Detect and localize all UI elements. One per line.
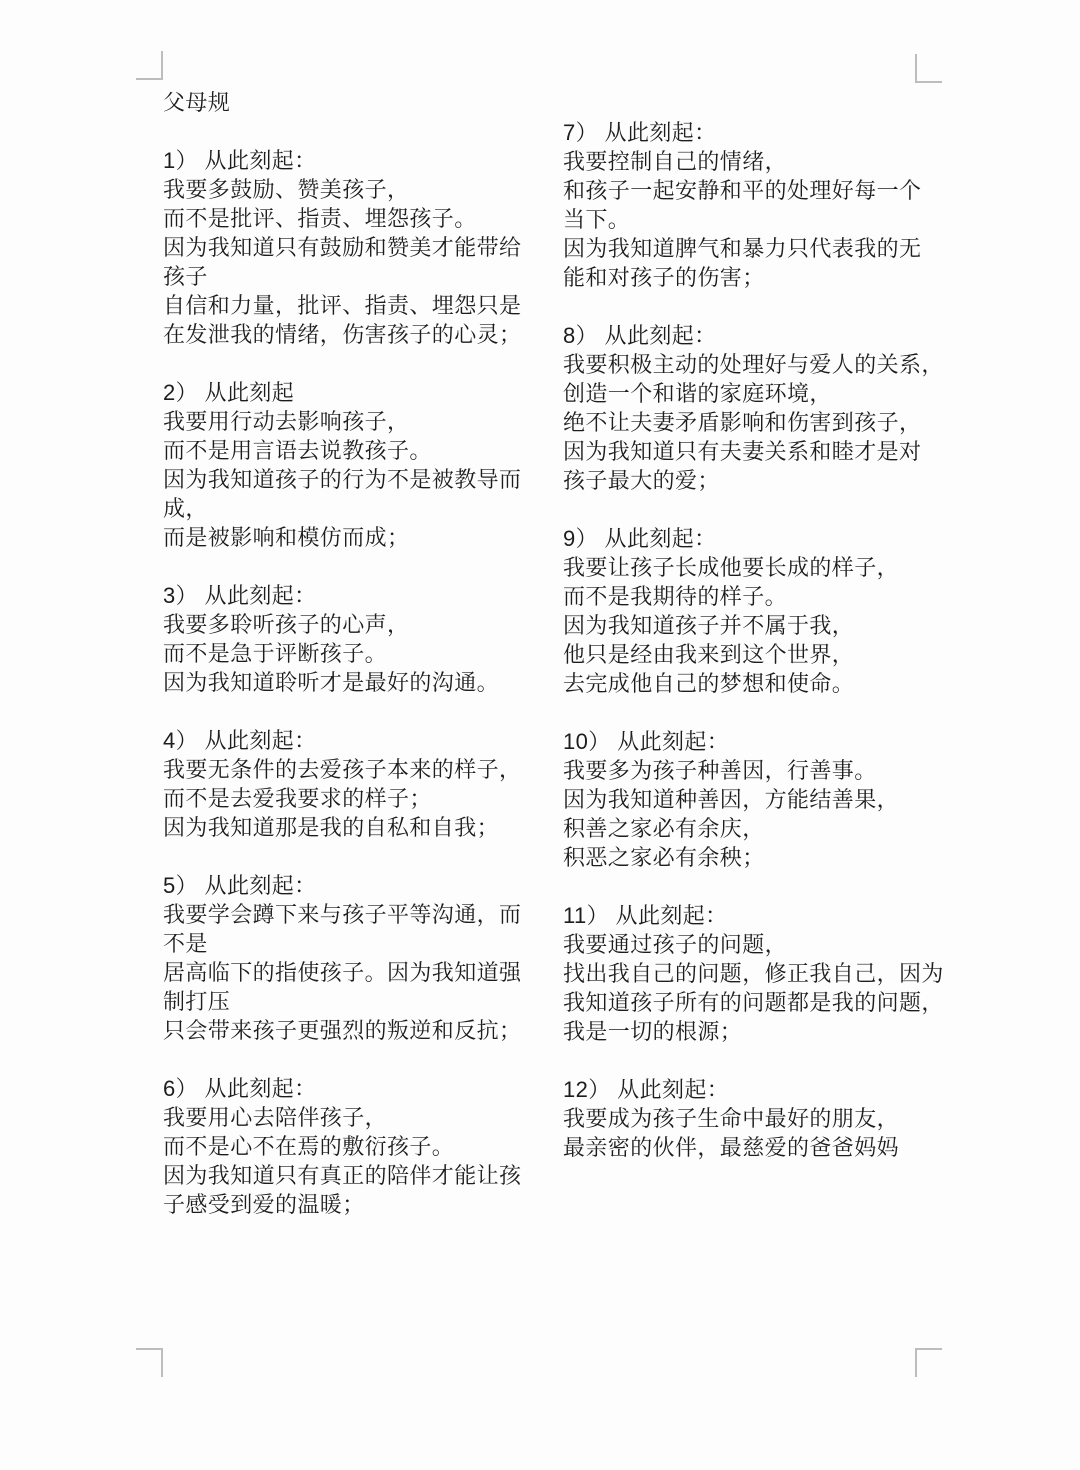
section-3-heading: 3） 从此刻起：: [163, 581, 555, 610]
section-5-line-4: 制打压: [163, 987, 555, 1016]
section-7-line-1: 我要控制自己的情绪，: [563, 147, 963, 176]
section-5: 5） 从此刻起：我要学会蹲下来与孩子平等沟通，而不是居高临下的指使孩子。因为我知…: [163, 871, 555, 1045]
section-2-line-4: 成，: [163, 494, 555, 523]
section-2-heading: 2） 从此刻起: [163, 378, 555, 407]
crop-mark-top-left: [136, 51, 163, 80]
section-1-line-5: 自信和力量，批评、指责、埋怨只是: [163, 291, 555, 320]
section-9-line-1: 我要让孩子长成他要长成的样子，: [563, 553, 963, 582]
section-8-line-3: 绝不让夫妻矛盾影响和伤害到孩子，: [563, 408, 963, 437]
section-11-line-4: 我是一切的根源；: [563, 1017, 963, 1046]
section-5-line-1: 我要学会蹲下来与孩子平等沟通，而: [163, 900, 555, 929]
section-1-line-4: 孩子: [163, 262, 555, 291]
section-10-line-4: 积恶之家必有余秧；: [563, 843, 963, 872]
section-6-line-1: 我要用心去陪伴孩子，: [163, 1103, 555, 1132]
section-4-line-1: 我要无条件的去爱孩子本来的样子，: [163, 755, 555, 784]
section-5-heading: 5） 从此刻起：: [163, 871, 555, 900]
section-5-line-5: 只会带来孩子更强烈的叛逆和反抗；: [163, 1016, 555, 1045]
section-12: 12） 从此刻起：我要成为孩子生命中最好的朋友，最亲密的伙伴，最慈爱的爸爸妈妈: [563, 1075, 963, 1162]
section-2-line-5: 而是被影响和模仿而成；: [163, 523, 555, 552]
section-3-line-1: 我要多聆听孩子的心声，: [163, 610, 555, 639]
section-1-line-2: 而不是批评、指责、埋怨孩子。: [163, 204, 555, 233]
section-7-line-4: 因为我知道脾气和暴力只代表我的无: [563, 234, 963, 263]
section-6-line-4: 子感受到爱的温暖；: [163, 1190, 555, 1219]
section-9: 9） 从此刻起：我要让孩子长成他要长成的样子，而不是我期待的样子。因为我知道孩子…: [563, 524, 963, 698]
section-11-line-3: 我知道孩子所有的问题都是我的问题，: [563, 988, 963, 1017]
right-column: 7） 从此刻起：我要控制自己的情绪，和孩子一起安静和平的处理好每一个当下。因为我…: [563, 118, 963, 1191]
section-1-line-6: 在发泄我的情绪，伤害孩子的心灵；: [163, 320, 555, 349]
section-11-line-2: 找出我自己的问题，修正我自己，因为: [563, 959, 963, 988]
section-1-heading: 1） 从此刻起：: [163, 146, 555, 175]
section-4: 4） 从此刻起：我要无条件的去爱孩子本来的样子，而不是去爱我要求的样子；因为我知…: [163, 726, 555, 842]
section-8-line-1: 我要积极主动的处理好与爱人的关系，: [563, 350, 963, 379]
section-2-line-3: 因为我知道孩子的行为不是被教导而: [163, 465, 555, 494]
left-sections-container: 1） 从此刻起：我要多鼓励、赞美孩子，而不是批评、指责、埋怨孩子。因为我知道只有…: [163, 146, 555, 1219]
section-9-line-2: 而不是我期待的样子。: [563, 582, 963, 611]
section-8: 8） 从此刻起：我要积极主动的处理好与爱人的关系，创造一个和谐的家庭环境，绝不让…: [563, 321, 963, 495]
section-8-heading: 8） 从此刻起：: [563, 321, 963, 350]
section-9-line-3: 因为我知道孩子并不属于我，: [563, 611, 963, 640]
section-1-line-3: 因为我知道只有鼓励和赞美才能带给: [163, 233, 555, 262]
section-8-line-2: 创造一个和谐的家庭环境，: [563, 379, 963, 408]
section-9-heading: 9） 从此刻起：: [563, 524, 963, 553]
section-3-line-2: 而不是急于评断孩子。: [163, 639, 555, 668]
section-6-line-2: 而不是心不在焉的敷衍孩子。: [163, 1132, 555, 1161]
section-7-line-5: 能和对孩子的伤害；: [563, 263, 963, 292]
section-8-line-4: 因为我知道只有夫妻关系和睦才是对: [563, 437, 963, 466]
section-8-line-5: 孩子最大的爱；: [563, 466, 963, 495]
section-3: 3） 从此刻起：我要多聆听孩子的心声，而不是急于评断孩子。因为我知道聆听才是最好…: [163, 581, 555, 697]
section-6-heading: 6） 从此刻起：: [163, 1074, 555, 1103]
section-2: 2） 从此刻起我要用行动去影响孩子，而不是用言语去说教孩子。因为我知道孩子的行为…: [163, 378, 555, 552]
section-12-line-2: 最亲密的伙伴，最慈爱的爸爸妈妈: [563, 1133, 963, 1162]
section-9-line-5: 去完成他自己的梦想和使命。: [563, 669, 963, 698]
section-2-line-1: 我要用行动去影响孩子，: [163, 407, 555, 436]
section-4-line-3: 因为我知道那是我的自私和自我；: [163, 813, 555, 842]
section-11-line-1: 我要通过孩子的问题，: [563, 930, 963, 959]
section-12-line-1: 我要成为孩子生命中最好的朋友，: [563, 1104, 963, 1133]
section-5-line-3: 居高临下的指使孩子。因为我知道强: [163, 958, 555, 987]
crop-mark-top-right: [915, 54, 942, 83]
section-12-heading: 12） 从此刻起：: [563, 1075, 963, 1104]
section-10-line-2: 因为我知道种善因，方能结善果，: [563, 785, 963, 814]
section-10-line-3: 积善之家必有余庆，: [563, 814, 963, 843]
section-1-line-1: 我要多鼓励、赞美孩子，: [163, 175, 555, 204]
section-2-line-2: 而不是用言语去说教孩子。: [163, 436, 555, 465]
section-6-line-3: 因为我知道只有真正的陪伴才能让孩: [163, 1161, 555, 1190]
section-7-line-2: 和孩子一起安静和平的处理好每一个: [563, 176, 963, 205]
document-page: 父母规 1） 从此刻起：我要多鼓励、赞美孩子，而不是批评、指责、埋怨孩子。因为我…: [0, 0, 1080, 1470]
crop-mark-bottom-right: [915, 1348, 942, 1377]
page-title: 父母规: [163, 88, 555, 117]
section-7-heading: 7） 从此刻起：: [563, 118, 963, 147]
crop-mark-bottom-left: [136, 1348, 163, 1377]
section-3-line-3: 因为我知道聆听才是最好的沟通。: [163, 668, 555, 697]
section-6: 6） 从此刻起：我要用心去陪伴孩子，而不是心不在焉的敷衍孩子。因为我知道只有真正…: [163, 1074, 555, 1219]
section-7-line-3: 当下。: [563, 205, 963, 234]
section-9-line-4: 他只是经由我来到这个世界，: [563, 640, 963, 669]
left-column: 父母规 1） 从此刻起：我要多鼓励、赞美孩子，而不是批评、指责、埋怨孩子。因为我…: [163, 88, 555, 1248]
section-7: 7） 从此刻起：我要控制自己的情绪，和孩子一起安静和平的处理好每一个当下。因为我…: [563, 118, 963, 292]
section-10: 10） 从此刻起：我要多为孩子种善因，行善事。因为我知道种善因，方能结善果，积善…: [563, 727, 963, 872]
section-10-line-1: 我要多为孩子种善因，行善事。: [563, 756, 963, 785]
section-5-line-2: 不是: [163, 929, 555, 958]
section-11: 11） 从此刻起：我要通过孩子的问题，找出我自己的问题，修正我自己，因为我知道孩…: [563, 901, 963, 1046]
section-4-heading: 4） 从此刻起：: [163, 726, 555, 755]
section-11-heading: 11） 从此刻起：: [563, 901, 963, 930]
section-10-heading: 10） 从此刻起：: [563, 727, 963, 756]
section-4-line-2: 而不是去爱我要求的样子；: [163, 784, 555, 813]
section-1: 1） 从此刻起：我要多鼓励、赞美孩子，而不是批评、指责、埋怨孩子。因为我知道只有…: [163, 146, 555, 349]
